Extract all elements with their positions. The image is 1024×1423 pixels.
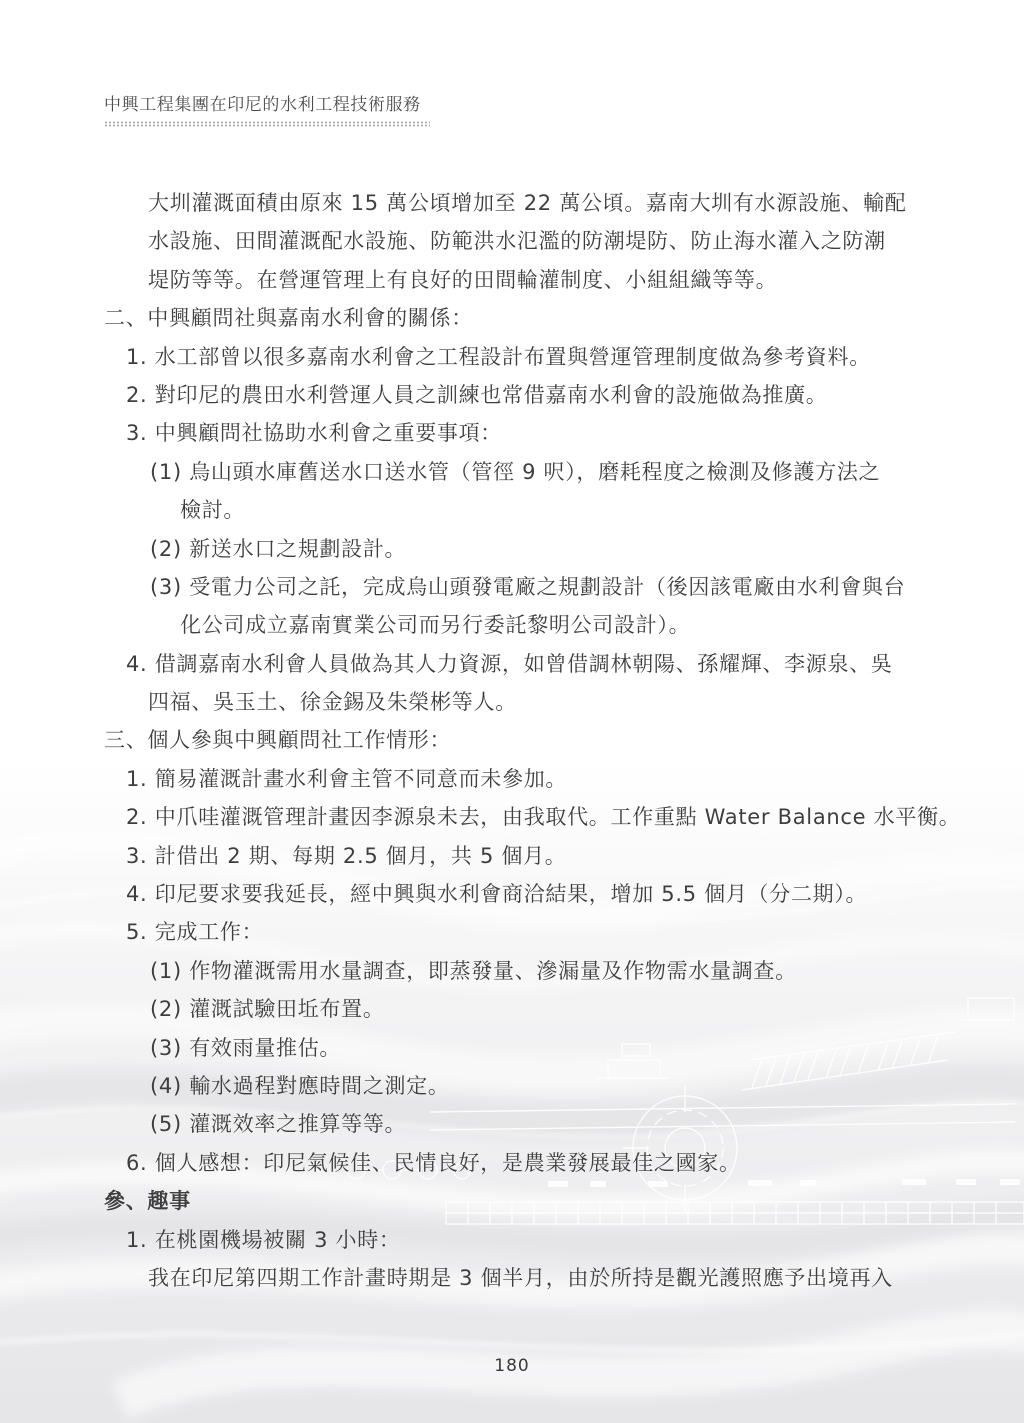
- text-line: 1. 在桃園機場被關 3 小時：: [126, 1221, 934, 1259]
- text-line: 3. 計借出 2 期、每期 2.5 個月，共 5 個月。: [126, 837, 934, 875]
- document-body: 大圳灌溉面積由原來 15 萬公頃增加至 22 萬公頃。嘉南大圳有水源設施、輸配水…: [104, 184, 934, 1297]
- text-line: 二、中興顧問社與嘉南水利會的關係：: [104, 299, 934, 337]
- text-line: 參、趣事: [104, 1182, 934, 1220]
- text-line: 我在印尼第四期工作計畫時期是 3 個半月，由於所持是觀光護照應予出境再入: [148, 1259, 934, 1297]
- text-line: 4. 印尼要求要我延長，經中興與水利會商洽結果，增加 5.5 個月（分二期）。: [126, 875, 934, 913]
- text-line: 四福、吳玉土、徐金錫及朱榮彬等人。: [148, 683, 934, 721]
- running-header: 中興工程集團在印尼的水利工程技術服務: [104, 94, 430, 127]
- text-line: 堤防等等。在營運管理上有良好的田間輪灌制度、小組組織等等。: [148, 261, 934, 299]
- text-line: 化公司成立嘉南實業公司而另行委託黎明公司設計）。: [180, 606, 934, 644]
- document-page: 中興工程集團在印尼的水利工程技術服務 大圳灌溉面積由原來 15 萬公頃增加至 2…: [0, 0, 1024, 1423]
- text-line: 水設施、田間灌溉配水設施、防範洪水氾濫的防潮堤防、防止海水灌入之防潮: [148, 222, 934, 260]
- text-line: (3) 有效雨量推估。: [150, 1029, 934, 1067]
- text-line: 2. 對印尼的農田水利營運人員之訓練也常借嘉南水利會的設施做為推廣。: [126, 376, 934, 414]
- page-number: 180: [0, 1356, 1024, 1376]
- text-line: 4. 借調嘉南水利會人員做為其人力資源，如曾借調林朝陽、孫耀輝、李源泉、吳: [126, 645, 934, 683]
- text-line: 檢討。: [180, 491, 934, 529]
- text-line: 1. 簡易灌溉計畫水利會主管不同意而未參加。: [126, 760, 934, 798]
- text-line: 3. 中興顧問社協助水利會之重要事項：: [126, 414, 934, 452]
- text-line: (3) 受電力公司之託，完成烏山頭發電廠之規劃設計（後因該電廠由水利會與台: [150, 568, 934, 606]
- text-line: (2) 灌溉試驗田坵布置。: [150, 990, 934, 1028]
- text-line: 5. 完成工作：: [126, 913, 934, 951]
- text-line: 1. 水工部曾以很多嘉南水利會之工程設計布置與營運管理制度做為參考資料。: [126, 338, 934, 376]
- running-header-title: 中興工程集團在印尼的水利工程技術服務: [104, 94, 430, 116]
- header-dotted-rule: [104, 121, 430, 127]
- text-line: (1) 烏山頭水庫舊送水口送水管（管徑 9 呎），磨耗程度之檢測及修護方法之: [150, 453, 934, 491]
- text-line: (5) 灌溉效率之推算等等。: [150, 1105, 934, 1143]
- text-line: (2) 新送水口之規劃設計。: [150, 530, 934, 568]
- text-line: 三、個人參與中興顧問社工作情形：: [104, 721, 934, 759]
- text-line: (4) 輸水過程對應時間之測定。: [150, 1067, 934, 1105]
- text-line: 6. 個人感想：印尼氣候佳、民情良好，是農業發展最佳之國家。: [126, 1144, 934, 1182]
- text-line: (1) 作物灌溉需用水量調查，即蒸發量、滲漏量及作物需水量調查。: [150, 952, 934, 990]
- text-line: 2. 中爪哇灌溉管理計畫因李源泉未去，由我取代。工作重點 Water Balan…: [126, 798, 934, 836]
- text-line: 大圳灌溉面積由原來 15 萬公頃增加至 22 萬公頃。嘉南大圳有水源設施、輸配: [148, 184, 934, 222]
